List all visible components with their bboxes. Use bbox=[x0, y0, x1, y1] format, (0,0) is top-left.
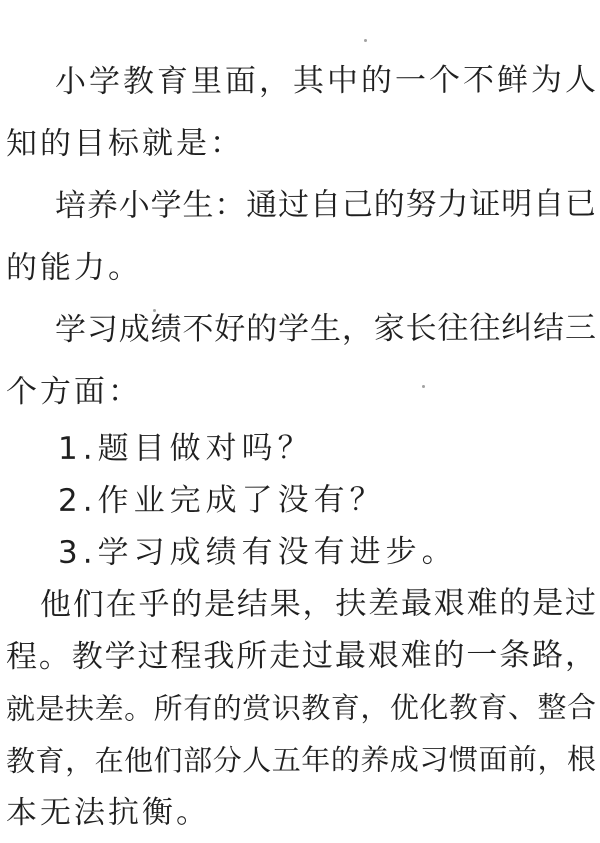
handwriting-line-numbered: 3.学习成绩有没有进步。 bbox=[6, 525, 596, 579]
handwriting-line-numbered: 1.题目做对吗？ bbox=[6, 421, 596, 475]
handwriting-line: 他们在乎的是结果，扶差最艰难的是过 bbox=[6, 577, 596, 631]
ink-speck bbox=[422, 385, 425, 388]
ink-speck bbox=[153, 309, 156, 312]
handwriting-line: 本无法抗衡。 bbox=[6, 785, 596, 839]
handwriting-line: 教育，在他们部分人五年的养成习惯面前，根 bbox=[6, 733, 596, 787]
ink-speck bbox=[364, 39, 367, 42]
handwriting-line: 知的目标就是： bbox=[6, 111, 596, 175]
handwriting-line: 学习成绩不好的学生，家长往往纠结三 bbox=[6, 297, 596, 361]
handwriting-line: 就是扶差。所有的赏识教育，优化教育、整合 bbox=[6, 681, 596, 735]
handwriting-line: 培养小学生：通过自己的努力证明自已 bbox=[6, 173, 596, 237]
handwriting-line: 小学教育里面，其中的一个不鲜为人 bbox=[6, 49, 596, 113]
handwritten-page: 小学教育里面，其中的一个不鲜为人 知的目标就是： 培养小学生：通过自己的努力证明… bbox=[0, 0, 600, 843]
handwriting-line: 个方面： bbox=[6, 359, 596, 423]
handwriting-line: 程。教学过程我所走过最艰难的一条路， bbox=[6, 629, 596, 683]
handwriting-line-numbered: 2.作业完成了没有？ bbox=[6, 473, 596, 527]
handwriting-line: 的能力。 bbox=[6, 235, 596, 299]
